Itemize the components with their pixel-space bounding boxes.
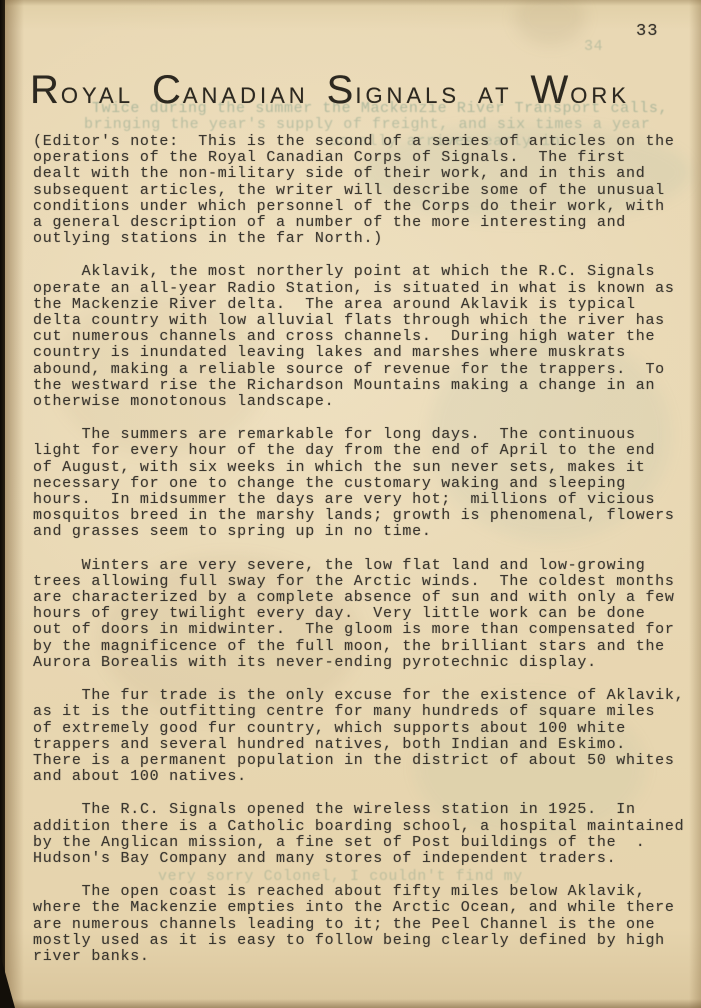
title-smallcaps: AT (478, 83, 512, 108)
paper-stain (515, 0, 585, 45)
ghost-page-number: 34 (584, 38, 603, 55)
paragraph-editors-note: (Editor's note: This is the second of a … (33, 134, 695, 247)
ghost-text-line: bringing the year's supply of freight, a… (84, 116, 651, 133)
scan-edge-left (0, 0, 5, 1008)
title-word: CANADIAN (152, 74, 309, 110)
title-smallcaps: IGNALS (355, 83, 460, 108)
scan-corner-wedge (0, 954, 15, 1008)
title-smallcaps: ANADIAN (183, 83, 309, 108)
article-title: ROYALCANADIANSIGNALSATWORK (30, 70, 648, 111)
scan-edge-top (0, 0, 701, 6)
paragraph-open-coast: The open coast is reached about fifty mi… (33, 884, 695, 965)
scanned-document-page: 34 Twice during the summer the Mackenzie… (0, 0, 701, 1008)
scan-edge-left-shadow (5, 0, 24, 1008)
paragraph-winters: Winters are very severe, the low flat la… (33, 558, 695, 671)
article-body: (Editor's note: This is the second of a … (33, 134, 695, 982)
paragraph-summers: The summers are remarkable for long days… (33, 427, 695, 540)
paragraph-fur-trade: The fur trade is the only excuse for the… (33, 688, 695, 785)
title-word: AT (478, 74, 512, 110)
paragraph-station-opened: The R.C. Signals opened the wireless sta… (33, 802, 695, 867)
paragraph-aklavik: Aklavik, the most northerly point at whi… (33, 264, 695, 410)
title-word: WORK (531, 74, 630, 110)
title-initial: R (30, 68, 61, 112)
title-smallcaps: ORK (570, 83, 630, 108)
title-initial: S (327, 68, 356, 112)
title-word: SIGNALS (327, 74, 460, 110)
scan-edge-bottom (0, 999, 701, 1008)
page-number: 33 (636, 22, 658, 41)
title-word: ROYAL (30, 74, 134, 110)
title-initial: W (531, 68, 571, 112)
title-initial: C (152, 68, 183, 112)
title-smallcaps: OYAL (61, 83, 134, 108)
